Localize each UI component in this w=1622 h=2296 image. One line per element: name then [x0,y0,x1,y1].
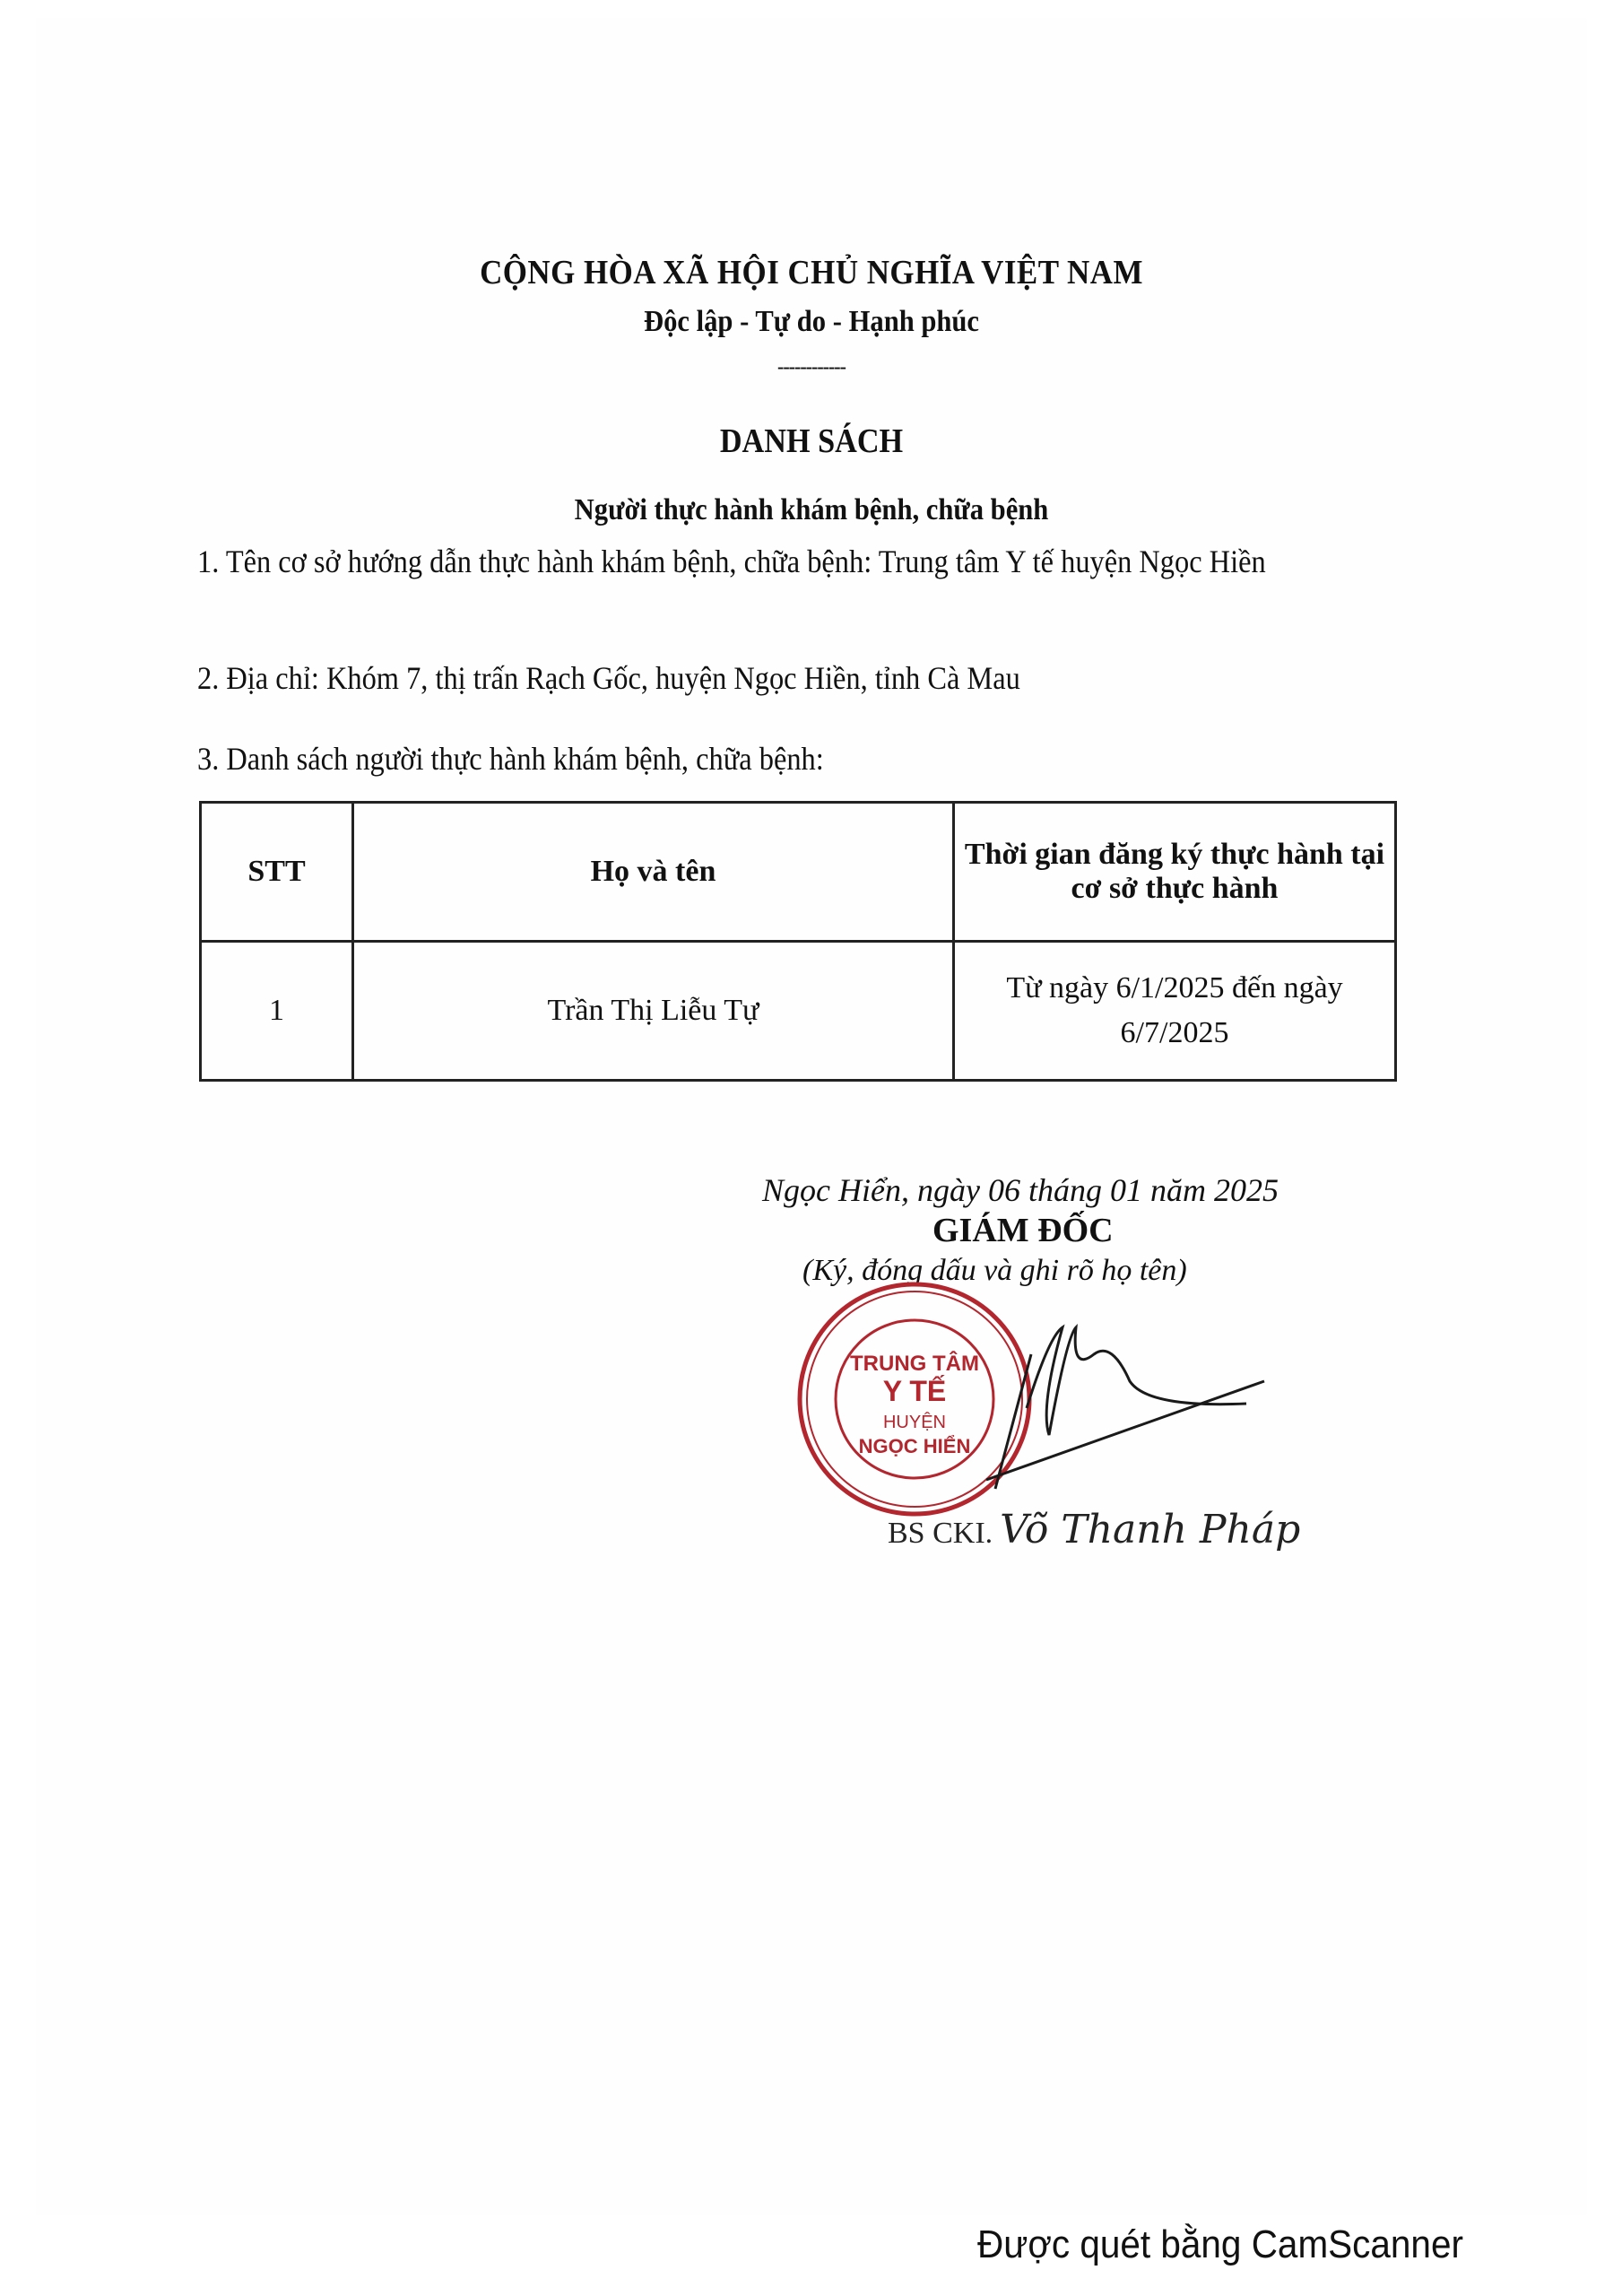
document-title: DANH SÁCH [114,422,1510,461]
cell-name: Trần Thị Liễu Tự [353,942,954,1081]
stamp-line2: Y TẾ [883,1375,947,1407]
stamp-line1: TRUNG TÂM [850,1351,979,1376]
cell-stt: 1 [201,942,353,1081]
signer-position: GIÁM ĐỐC [932,1211,1114,1250]
handwritten-signature-icon [977,1300,1273,1498]
place-date: Ngọc Hiển, ngày 06 tháng 01 năm 2025 [762,1171,1279,1209]
column-header-stt: STT [201,803,353,942]
table-row: 1 Trần Thị Liễu Tự Từ ngày 6/1/2025 đến … [201,942,1396,1081]
document-page: CỘNG HÒA XÃ HỘI CHỦ NGHĨA VIỆT NAM Độc l… [36,18,1587,2215]
signer-fullname: Võ Thanh Pháp [1000,1507,1300,1552]
column-header-period: Thời gian đăng ký thực hành tại cơ sở th… [954,803,1396,942]
national-name: CỘNG HÒA XÃ HỘI CHỦ NGHĨA VIỆT NAM [98,253,1525,292]
cell-period: Từ ngày 6/1/2025 đến ngày 6/7/2025 [954,942,1396,1081]
facility-address: 2. Địa chỉ: Khóm 7, thị trấn Rạch Gốc, h… [197,655,1262,701]
scanner-watermark: Được quét bằng CamScanner [977,2222,1463,2267]
table-header-row: STT Họ và tên Thời gian đăng ký thực hàn… [201,803,1396,942]
signer-name: BS CKI.Võ Thanh Pháp [888,1507,1300,1552]
stamp-line4: NGỌC HIỂN [859,1435,971,1457]
facility-name: 1. Tên cơ sở hướng dẫn thực hành khám bệ… [197,538,1375,585]
column-header-name: Họ và tên [353,803,954,942]
stamp-line3: HUYỆN [883,1412,946,1432]
document-subtitle: Người thực hành khám bệnh, chữa bệnh [114,493,1510,527]
list-intro: 3. Danh sách người thực hành khám bệnh, … [197,735,1262,782]
practitioner-table: STT Họ và tên Thời gian đăng ký thực hàn… [199,801,1397,1082]
signer-prefix: BS CKI. [888,1517,993,1550]
separator: ------------ [36,355,1587,378]
motto: Độc lập - Tự do - Hạnh phúc [114,305,1510,339]
